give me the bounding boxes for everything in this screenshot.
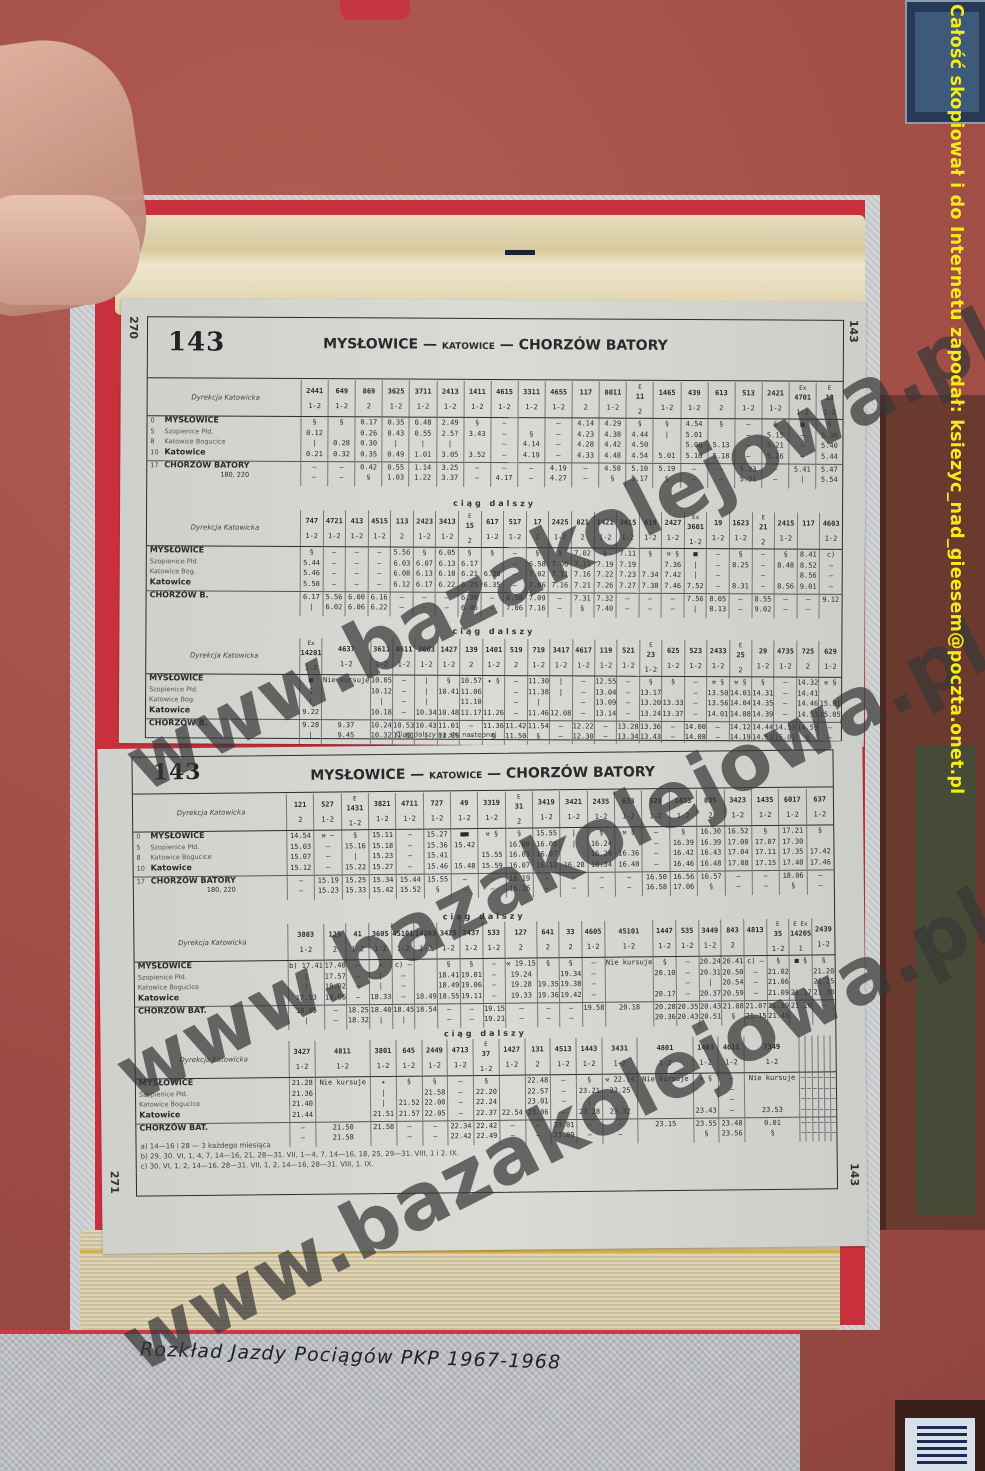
train-class: 1-2: [491, 403, 517, 412]
train-number: 117: [798, 518, 820, 531]
time-cell: §3.433.52: [463, 417, 490, 462]
train-header: 80111-2: [599, 382, 626, 419]
time-cell: ✦ §11.26: [482, 675, 505, 720]
train-class: 2: [752, 538, 774, 547]
time-cell: 19.1519.21: [483, 1003, 506, 1028]
train-number: 6017: [779, 794, 805, 807]
train-number: 1401: [483, 644, 505, 657]
train-header: 24331-2: [707, 640, 730, 677]
time-cell: 12.2212.30: [572, 721, 595, 746]
train-number: 4603: [820, 518, 842, 531]
time-cell: 4.194.27: [545, 463, 572, 488]
station-terminal: 17CHORZÓW BATORY180, 220: [147, 461, 301, 486]
train-number: 649: [329, 385, 355, 398]
time-cell: 18.54: [415, 1004, 438, 1029]
station-name: MYSŁOWICE: [150, 545, 204, 554]
time-cell: ✦||21.51: [370, 1076, 396, 1121]
time-cell: 0.01§: [745, 1117, 801, 1142]
train-header: E112: [626, 382, 653, 419]
train-header: 5211-2: [617, 640, 640, 677]
train-class: [806, 1058, 811, 1067]
time-cell: 21.2821.3621.4021.44: [289, 1077, 315, 1122]
train-number: 527: [314, 798, 340, 811]
train-header: 47111-2: [396, 793, 424, 830]
time-cell: ————: [491, 417, 518, 462]
train-header: 5271-2: [314, 793, 342, 830]
time-cell: ——: [506, 1003, 538, 1028]
time-cell: 0.350.43|0.49: [382, 417, 409, 462]
train-class: 2: [356, 402, 382, 411]
train-class: 1-2: [685, 538, 707, 547]
train-header: 332: [559, 921, 582, 958]
train-header: 451011-2: [604, 920, 653, 957]
time-cell: ⚒ §7.367.427.46: [661, 548, 684, 593]
time-cell: §8.258.31: [729, 549, 752, 594]
continued-note: Ciąg dalszy na str. następnej: [396, 730, 497, 739]
time-cell: 8.418.528.569.01: [797, 549, 820, 594]
time-cell: 16.5016.58: [643, 872, 671, 897]
train-number: 4655: [546, 386, 572, 399]
station-name: MYSŁOWICE: [150, 831, 204, 841]
time-cell: 18.06§: [779, 870, 807, 895]
train-header: 46171-2: [572, 639, 595, 676]
train-number: 4721: [324, 515, 346, 528]
time-cell: 9.379.45: [322, 720, 370, 745]
train-class: 1-2: [662, 662, 683, 671]
train-number: 4615: [491, 386, 517, 399]
train-number: 645: [396, 1045, 421, 1058]
train-class: 2: [505, 661, 526, 670]
time-cell: c)———: [819, 549, 841, 594]
train-number: 1443: [576, 1043, 601, 1056]
time-cell: 6.17|: [300, 591, 323, 616]
station-name: Katowice Bogucice: [138, 983, 199, 992]
train-class: 1-2: [369, 815, 395, 824]
train-class: 1-2: [573, 661, 594, 670]
train-header: 6371-2: [806, 788, 833, 825]
train-number: 3625: [383, 385, 409, 398]
train-class: 1-2: [342, 819, 368, 828]
train-header: E351-2: [766, 919, 789, 956]
time-cell: 7.31§: [571, 593, 594, 618]
train-header: 14011-2: [482, 639, 505, 676]
time-cell: 0.551.03: [382, 462, 409, 487]
station-terminal: 17CHORZÓW BATORY180, 220: [134, 876, 288, 902]
time-cell: —4.17: [490, 462, 517, 487]
train-header: 4391-2: [681, 382, 708, 419]
train-class: 2: [560, 943, 582, 952]
station-name: Szopienice Płd.: [150, 557, 199, 565]
time-cell: ——: [774, 594, 797, 619]
time-cell: §15.16|15.22: [341, 830, 369, 875]
train-number: 3413: [436, 516, 458, 529]
time-cell: §4.144.19: [518, 418, 545, 463]
time-cell: §10.4110.48: [437, 675, 460, 720]
train-number: 1465: [654, 387, 680, 400]
time-cell: §0.12|0.21: [301, 416, 328, 461]
time-cell: ————: [448, 1076, 474, 1121]
train-class: [798, 535, 820, 544]
time-cell: ————: [684, 677, 707, 722]
train-number: 3319: [478, 797, 504, 810]
time-cell: ⚒ §13.5013.5614.01: [707, 677, 730, 722]
train-header: 6412: [536, 921, 559, 958]
station-name: MYSŁOWICE: [138, 961, 192, 971]
train-number: 2413: [437, 386, 463, 399]
time-cell: 21.58: [371, 1121, 397, 1146]
train-class: 1-2: [323, 532, 345, 541]
train-number: 641: [537, 926, 559, 939]
time-cell: §19.3419.3819.42: [559, 957, 582, 1002]
train-class: [744, 941, 766, 950]
train-class: 1-2: [605, 942, 653, 951]
time-cell: ————: [582, 957, 605, 1002]
train-class: 1-2: [499, 1061, 524, 1070]
time-cell: ————: [545, 418, 572, 463]
time-cell: ————: [572, 676, 595, 721]
train-class: [800, 1058, 805, 1067]
train-class: [830, 1057, 835, 1066]
time-cell: 23.4823.56: [719, 1118, 745, 1143]
page-number: 271: [108, 1171, 121, 1194]
train-class: 1-2: [820, 535, 842, 544]
train-header: 14651-2: [653, 382, 680, 419]
train-header: 1191-2: [595, 640, 618, 677]
train-class: 2: [708, 404, 734, 413]
train-class: 1-2: [314, 815, 340, 824]
train-class: 1-2: [410, 403, 436, 412]
train-header: 1132: [391, 510, 414, 547]
train-header: E14311-2: [341, 793, 369, 830]
train-header: 491-2: [450, 792, 478, 829]
station-name: MYSŁOWICE: [165, 415, 219, 424]
train-class: 1-2: [369, 532, 391, 541]
train-header: 5351-2: [676, 920, 699, 957]
train-class: 2: [461, 661, 482, 670]
train-class: 1-2: [302, 402, 328, 411]
time-cell: ————: [830, 1072, 836, 1117]
train-class: 1-2: [437, 403, 463, 412]
train-class: 1-2: [676, 942, 698, 951]
time-cell: §17.0717.1117.15: [752, 825, 780, 870]
train-class: 2: [627, 407, 653, 416]
time-cell: §0.280.32: [328, 417, 355, 462]
time-cell: ——: [290, 1122, 316, 1147]
train-number: 35: [767, 927, 789, 940]
train-header: 36251-2: [382, 380, 409, 417]
time-cell: Nie kursuje: [315, 1077, 371, 1123]
time-cell: ——: [616, 593, 639, 618]
time-cell: §21.5221.57: [396, 1076, 422, 1121]
time-cell: 2.492.5?|3.05: [436, 417, 463, 462]
train-header: 24131-2: [437, 381, 464, 418]
train-header: 47131-2: [447, 1039, 473, 1076]
train-class: 1-2: [422, 1061, 447, 1070]
time-cell: ⚒ 19.1519.2419.2819.33: [505, 958, 537, 1003]
train-number: 2415: [775, 517, 797, 530]
route-number-side: 143: [847, 320, 860, 343]
train-number: 413: [346, 515, 368, 528]
directorate-label: Dyrekcja Katowicka: [147, 509, 301, 546]
train-number: 1447: [654, 925, 676, 938]
time-cell: ————: [505, 676, 528, 721]
red-object-top: [340, 0, 410, 20]
time-cell: 21.5021.58: [316, 1122, 372, 1147]
train-class: 1-2: [779, 811, 805, 820]
train-number: 3311: [519, 386, 545, 399]
train-class: 1-2: [640, 665, 661, 674]
train-number: 131: [525, 1043, 550, 1056]
train-class: 1-2: [730, 534, 752, 543]
station-name: Katowice Bogucice: [164, 437, 225, 445]
train-class: 1-2: [654, 404, 680, 413]
time-cell: 10.2410.32: [370, 720, 393, 745]
time-cell: ——: [807, 870, 834, 895]
station-list: MYSŁOWICESzopienice Płd.Katowice Bog.Kat…: [147, 546, 301, 592]
time-cell: ——: [537, 1003, 560, 1028]
train-class: 2: [730, 666, 751, 675]
time-cell: ————: [483, 958, 506, 1003]
train-number: 727: [424, 797, 450, 810]
time-cell: ————: [345, 547, 368, 592]
train-header: 33191-2: [478, 792, 506, 829]
time-cell: ——: [463, 462, 490, 487]
train-class: 1-2: [550, 661, 571, 670]
station-list: 0MYSŁOWICE5Szopienice Płd.8Katowice Bogu…: [147, 416, 301, 462]
time-cell: 11.4211.50: [505, 721, 528, 746]
train-number: 523: [685, 645, 707, 658]
station-name: Szopienice Płd.: [138, 973, 187, 982]
train-number: 4711: [396, 798, 422, 811]
time-cell: ————: [707, 549, 730, 594]
train-header: 46151-2: [491, 381, 518, 418]
time-cell: ——: [725, 871, 753, 896]
train-header: 45151-2: [368, 510, 391, 547]
time-cell: 10.5711.0611.1011.17: [460, 675, 483, 720]
time-cell: ————: [752, 549, 775, 594]
train-header: 6451-2: [396, 1040, 422, 1077]
train-number: 33: [559, 926, 581, 939]
train-header: 1172: [572, 381, 599, 418]
time-cell: ——: [752, 870, 780, 895]
time-cell: ————: [323, 547, 346, 592]
time-cell: 15.1915.23: [315, 875, 343, 900]
train-number: 25: [730, 649, 752, 662]
train-class: 1-2: [464, 403, 490, 412]
time-cell: 1.141.22: [409, 462, 436, 487]
train-class: [818, 1057, 823, 1066]
time-cell: ——: [549, 721, 572, 746]
train-number: 637: [806, 793, 833, 806]
station-name: Szopienice Płd.: [150, 842, 199, 851]
train-header: 24491-2: [421, 1039, 447, 1076]
time-cell: ⚒ ————: [314, 830, 342, 875]
train-header: E Ex142051: [789, 919, 812, 956]
train-class: 1-2: [582, 943, 604, 952]
train-number: 719: [528, 644, 550, 657]
time-cell: ——: [594, 721, 617, 746]
station-name: Katowice Bogucice: [150, 853, 211, 862]
train-number: 747: [301, 515, 323, 528]
time-cell: ——: [729, 594, 752, 619]
time-cell: 12.5513.0413.0913.14: [594, 676, 617, 721]
station-name: Katowice: [138, 993, 179, 1002]
time-cell: ——: [661, 593, 684, 618]
time-cell: §8.488.56: [774, 549, 797, 594]
train-class: 2: [797, 663, 818, 672]
train-header: 33111-2: [518, 381, 545, 418]
train-class: 1-2: [301, 532, 323, 541]
train-number: 513: [735, 387, 761, 400]
time-cell: 3.253.37: [436, 462, 463, 487]
train-header: 4131-2: [346, 510, 369, 547]
train-number: 3711: [410, 386, 436, 399]
train-number: 29: [752, 645, 774, 658]
train-header: 48111-2: [315, 1040, 371, 1077]
time-cell: ——: [560, 1002, 583, 1027]
time-cell: §5.445.465.50: [300, 546, 323, 591]
train-number: 613: [708, 387, 734, 400]
train-number: 617: [482, 516, 504, 529]
station-list: 0MYSŁOWICE5Szopienice Płd.8Katowice Bogu…: [133, 831, 287, 878]
credit-banner: Całość skopiował i do Internetu zapodał:…: [946, 0, 978, 990]
time-cell: 20.18: [605, 1002, 654, 1027]
time-cell: §17.4217.46: [806, 825, 833, 870]
train-header: 46051-2: [582, 921, 605, 958]
train-number: 8011: [600, 387, 626, 400]
train-class: 1-2: [436, 533, 458, 542]
train-header: 24231-2: [413, 511, 436, 548]
train-number: 4713: [448, 1044, 473, 1057]
time-cell: §19.3519.36: [537, 958, 560, 1003]
time-cell: 16.57§: [697, 871, 725, 896]
train-header: 14271-2: [499, 1039, 525, 1076]
time-cell: 11.3011.38|11.46: [527, 676, 550, 721]
train-number: 629: [820, 646, 842, 659]
time-cell: 4.294.384.424.48: [599, 418, 626, 463]
train-header: 34171-2: [550, 639, 573, 676]
train-number: 4813: [744, 924, 766, 937]
train-class: 1-2: [767, 944, 789, 953]
credit-text: Całość skopiował i do Internetu zapodał:…: [946, 4, 966, 794]
station-name: Szopienice Płd.: [164, 427, 213, 435]
train-header: 34271-2: [289, 1041, 315, 1078]
train-class: 2: [722, 941, 744, 950]
train-number: 14205: [790, 927, 812, 940]
train-number: 2449: [422, 1044, 447, 1057]
time-cell: ————: [368, 547, 391, 592]
time-cell: ————: [617, 676, 640, 721]
train-class: 1-2: [707, 662, 728, 671]
train-number: 3417: [550, 644, 572, 657]
train-header: 5192: [505, 639, 528, 676]
train-class: 1-2: [546, 403, 572, 412]
train-class: 1-2: [346, 532, 368, 541]
train-class: 1-2: [807, 810, 834, 819]
finger: [0, 195, 140, 305]
train-header: 34131-2: [436, 511, 459, 548]
train-number: 2441: [302, 385, 328, 398]
train-class: 1-2: [451, 814, 477, 823]
train-number: 725: [797, 646, 819, 659]
train-header: 38211-2: [368, 793, 396, 830]
time-cell: 8.559.02: [752, 594, 775, 619]
train-class: 1-2: [775, 662, 796, 671]
train-number: 11: [627, 390, 653, 403]
time-cell: ——: [460, 1003, 483, 1028]
time-cell: 13.2813.34: [617, 721, 640, 746]
directorate-label: Dyrekcja Katowicka: [148, 379, 302, 416]
train-header: 6491-2: [328, 380, 355, 417]
train-class: 1-2: [618, 662, 639, 671]
route-header: 143 MYSŁOWICE — KATOWICE — CHORZÓW BATOR…: [148, 317, 843, 382]
time-cell: 0.480.55|1.01: [409, 417, 436, 462]
train-class: 1-2: [595, 662, 616, 671]
station-name: Katowice: [151, 863, 192, 872]
train-header: 117: [797, 513, 820, 550]
time-cell: 7.327.40: [594, 593, 617, 618]
barcode-icon: [917, 1426, 967, 1466]
train-number: 1427: [499, 1044, 524, 1057]
train-number: 439: [681, 387, 707, 400]
page-number: 270: [127, 316, 140, 339]
train-header: 38011-2: [370, 1040, 396, 1077]
train-header: 47211-2: [323, 510, 346, 547]
train-class: [824, 1057, 829, 1066]
train-class: 1-2: [775, 534, 797, 543]
train-class: 1-2: [707, 534, 729, 543]
train-header: E231-2: [640, 640, 663, 677]
barcode-box: [895, 1400, 985, 1471]
train-header: 16231-2: [729, 512, 752, 549]
time-cell: 18.45|: [392, 1004, 415, 1029]
train-number: 4605: [582, 926, 604, 939]
train-header: E212: [752, 512, 775, 549]
train-class: 1-2: [681, 404, 707, 413]
time-cell: 11.54§: [527, 721, 550, 746]
train-number: 45101: [605, 925, 653, 938]
footnote-a: a) 14—16 i 28 — 3 każdego miesiąca: [141, 1141, 271, 1150]
time-cell: 0.42§: [355, 462, 382, 487]
train-header: 14471-2: [653, 920, 676, 957]
train-number: 21: [753, 521, 775, 534]
train-number: 2439: [812, 923, 834, 936]
train-header: 14111-2: [464, 381, 491, 418]
time-cell: §19.0119.0619.11: [460, 958, 483, 1003]
train-number: 521: [618, 645, 640, 658]
train-number: 4811: [315, 1045, 369, 1059]
time-cell: ——: [328, 462, 355, 487]
station-terminal: CHORZÓW B.: [147, 591, 301, 616]
train-class: 1-2: [315, 1062, 369, 1072]
time-cell: ——: [397, 1121, 423, 1146]
train-header: 6251-2: [662, 640, 685, 677]
time-cell: 15.2515.33: [342, 875, 370, 900]
train-number: 4617: [573, 644, 595, 657]
train-header: 24151-2: [775, 512, 798, 549]
train-class: 2: [287, 816, 313, 825]
train-class: 2: [506, 943, 536, 952]
train-number: 3821: [369, 798, 395, 811]
route-number-side: 143: [848, 1163, 861, 1186]
train-class: 1-2: [752, 662, 773, 671]
train-number: 1623: [730, 517, 752, 530]
train-number: 843: [722, 924, 744, 937]
time-cell: §20.1020.17: [653, 956, 676, 1001]
train-class: 2: [391, 532, 413, 541]
train-class: 1-2: [752, 811, 778, 820]
train-header: 7471-2: [300, 510, 323, 547]
